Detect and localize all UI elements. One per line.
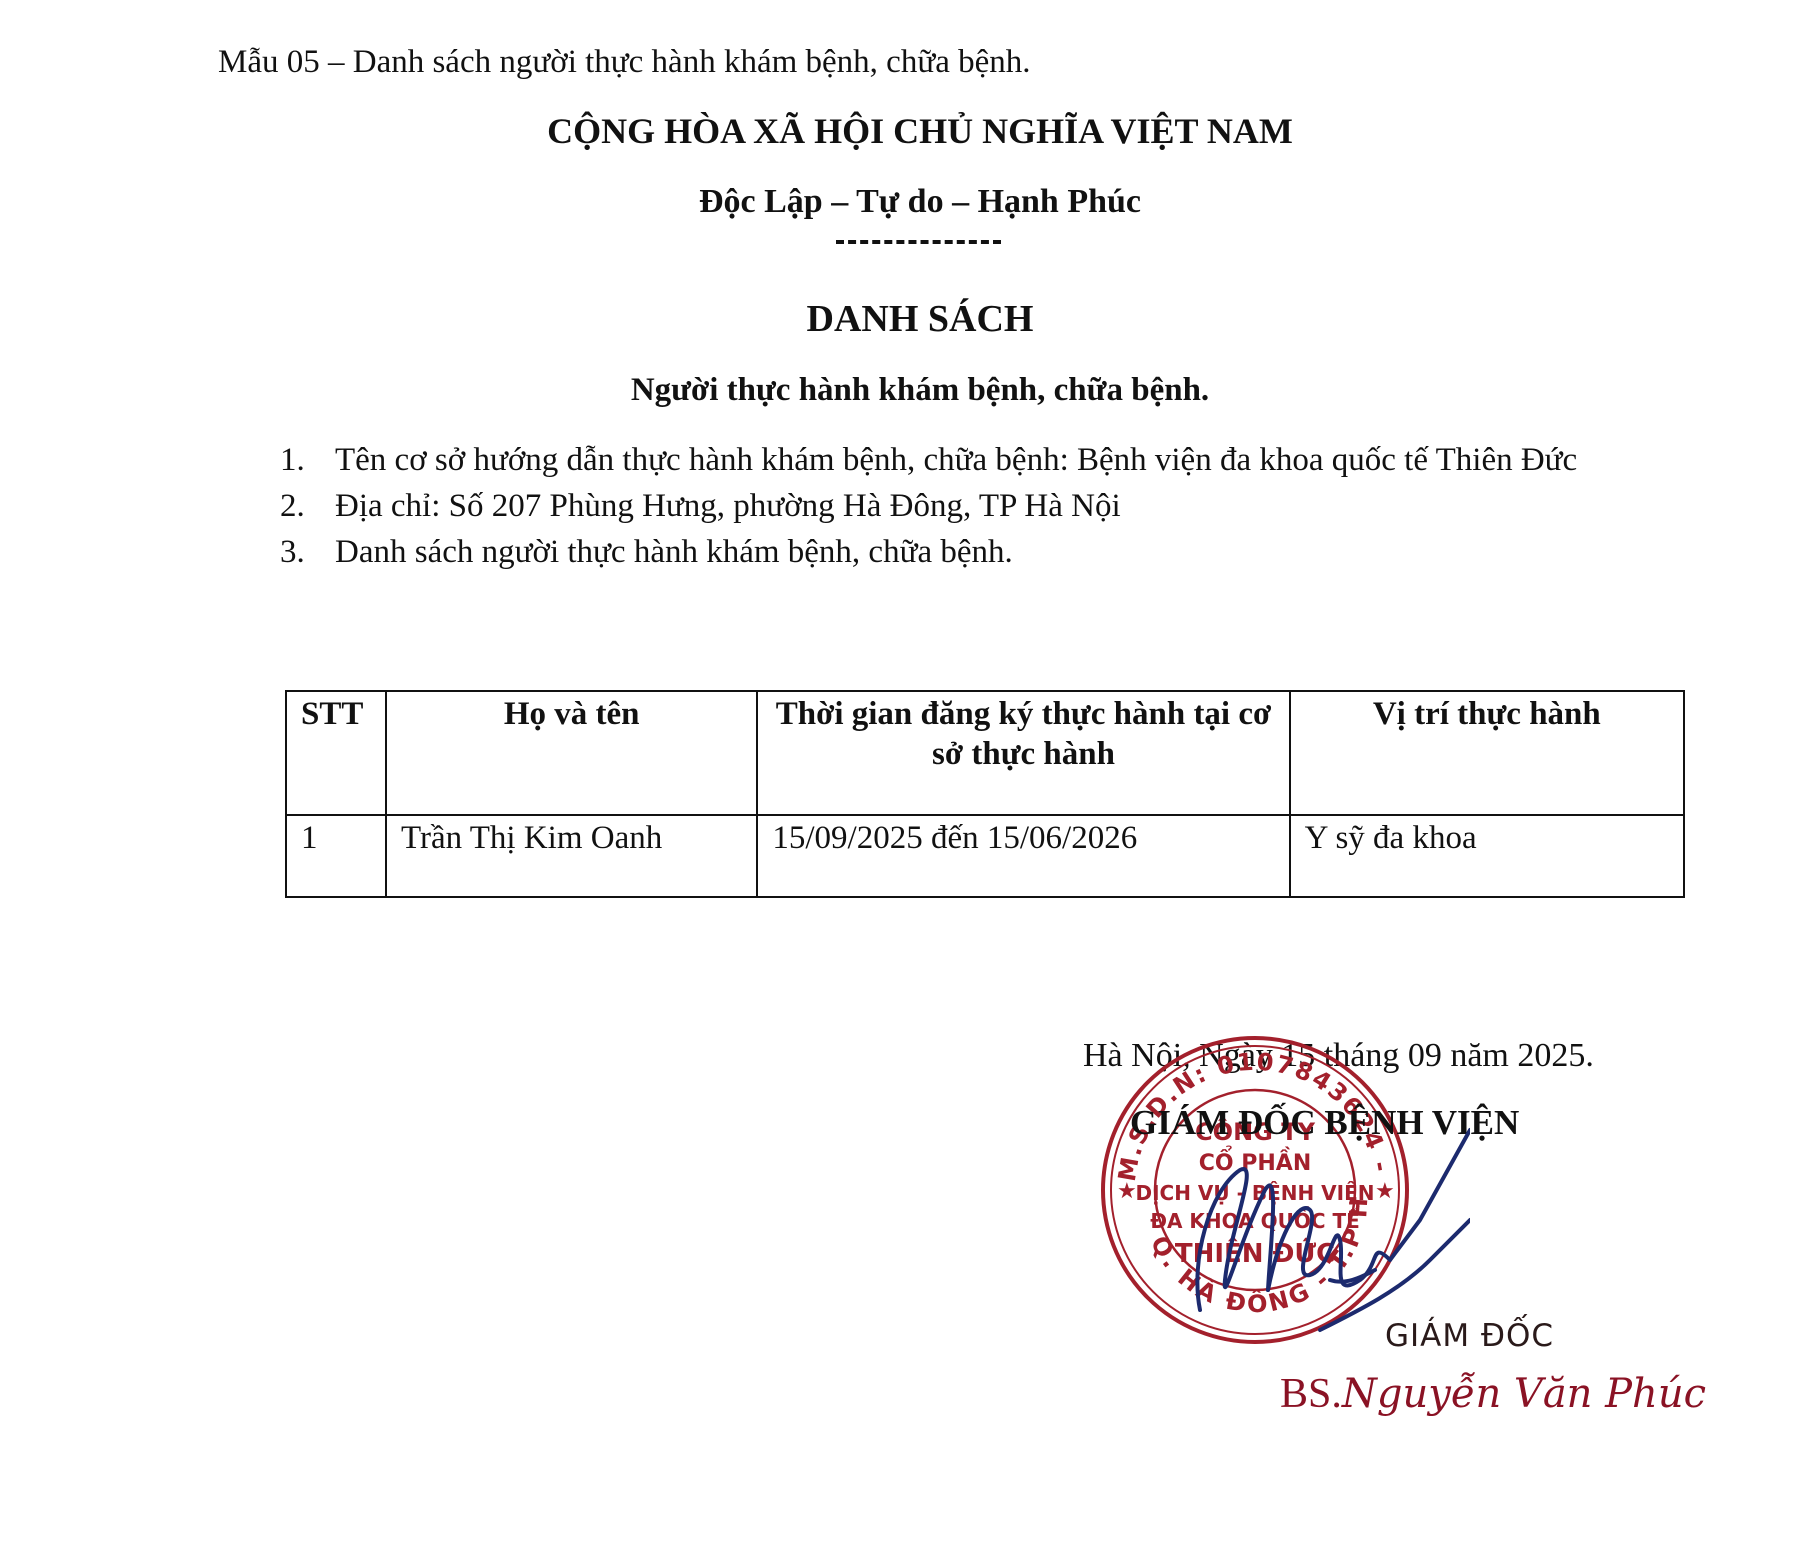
title-divider bbox=[836, 240, 1001, 244]
national-motto: Độc Lập – Tự do – Hạnh Phúc bbox=[0, 183, 1800, 221]
cell-practice-period: 15/09/2025 đến 15/06/2026 bbox=[757, 815, 1289, 897]
list-number: 1. bbox=[280, 437, 335, 483]
handwritten-signature-icon bbox=[1170, 1110, 1470, 1350]
info-list: 1. Tên cơ sở hướng dẫn thực hành khám bệ… bbox=[280, 437, 1640, 575]
form-label: Mẫu 05 – Danh sách người thực hành khám … bbox=[218, 44, 1031, 81]
document-subtitle: Người thực hành khám bệnh, chữa bệnh. bbox=[0, 372, 1800, 409]
list-text: Tên cơ sở hướng dẫn thực hành khám bệnh,… bbox=[335, 437, 1640, 483]
signatory-name: BS.Nguyễn Văn Phúc bbox=[1280, 1370, 1706, 1418]
list-item-facility: 1. Tên cơ sở hướng dẫn thực hành khám bệ… bbox=[280, 437, 1640, 483]
header-full-name: Họ và tên bbox=[386, 691, 757, 815]
practitioner-table: STT Họ và tên Thời gian đăng ký thực hàn… bbox=[285, 690, 1685, 898]
document-title: DANH SÁCH bbox=[0, 297, 1800, 341]
name-prefix: BS. bbox=[1280, 1371, 1342, 1417]
table-row: 1 Trần Thị Kim Oanh 15/09/2025 đến 15/06… bbox=[286, 815, 1684, 897]
national-title: CỘNG HÒA XÃ HỘI CHỦ NGHĨA VIỆT NAM bbox=[0, 110, 1800, 152]
list-number: 3. bbox=[280, 529, 335, 575]
name-text: Nguyễn Văn Phúc bbox=[1342, 1371, 1706, 1417]
header-practice-position: Vị trí thực hành bbox=[1290, 691, 1684, 815]
list-item-practitioners: 3. Danh sách người thực hành khám bệnh, … bbox=[280, 529, 1640, 575]
cell-full-name: Trần Thị Kim Oanh bbox=[386, 815, 757, 897]
svg-text:★: ★ bbox=[1117, 1179, 1137, 1204]
cell-practice-position: Y sỹ đa khoa bbox=[1290, 815, 1684, 897]
header-stt: STT bbox=[286, 691, 386, 815]
list-text: Địa chỉ: Số 207 Phùng Hưng, phường Hà Đô… bbox=[335, 483, 1640, 529]
table-header-row: STT Họ và tên Thời gian đăng ký thực hàn… bbox=[286, 691, 1684, 815]
list-item-address: 2. Địa chỉ: Số 207 Phùng Hưng, phường Hà… bbox=[280, 483, 1640, 529]
list-text: Danh sách người thực hành khám bệnh, chữ… bbox=[335, 529, 1640, 575]
header-practice-period: Thời gian đăng ký thực hành tại cơ sở th… bbox=[757, 691, 1289, 815]
cell-stt: 1 bbox=[286, 815, 386, 897]
list-number: 2. bbox=[280, 483, 335, 529]
